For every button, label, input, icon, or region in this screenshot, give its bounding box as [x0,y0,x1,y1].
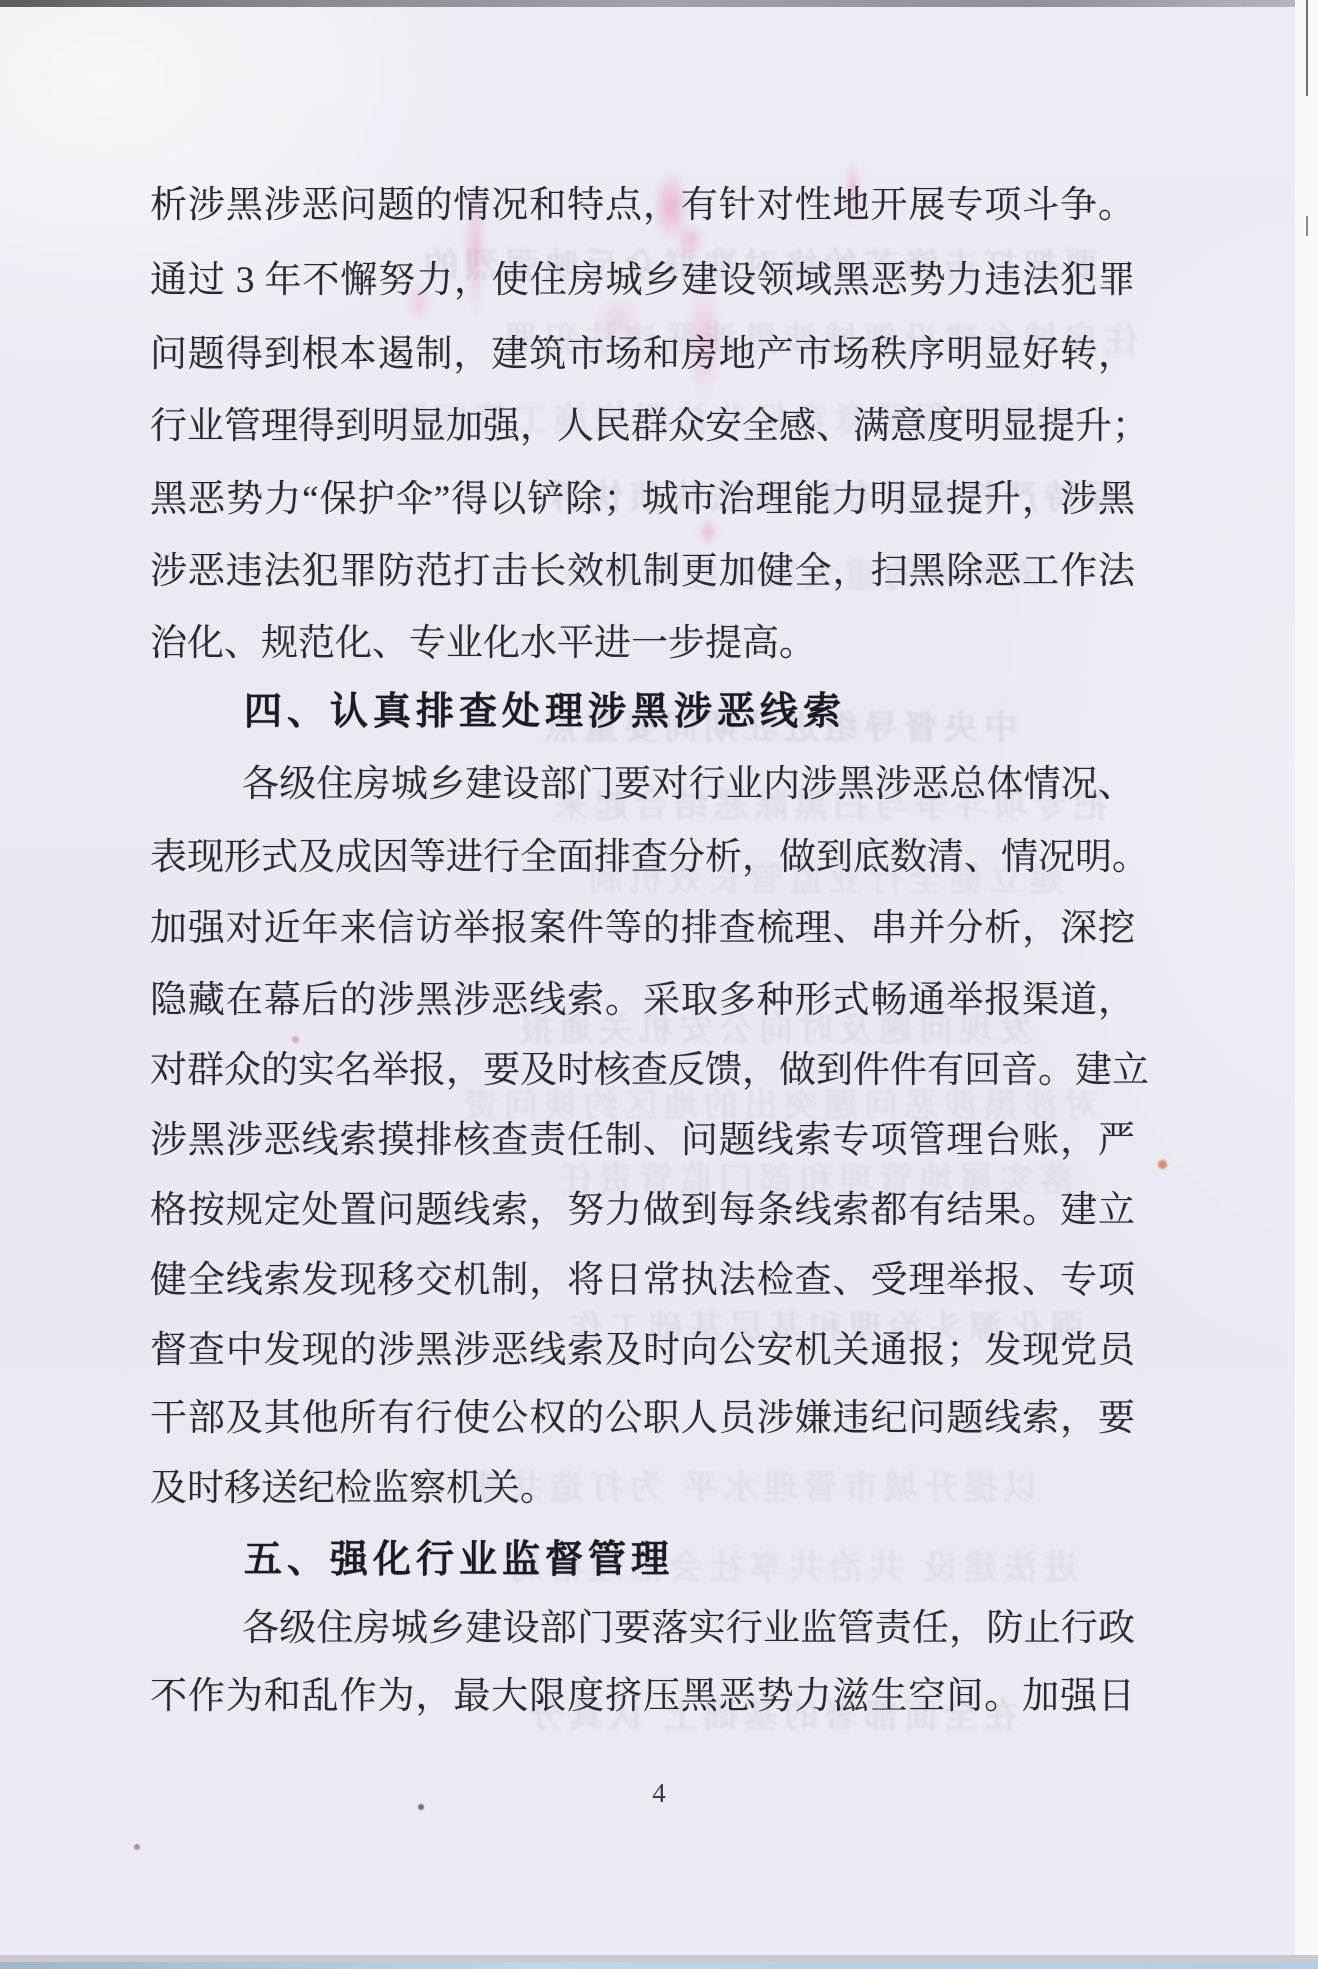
text-line: 黑恶势力“保护伞”得以铲除；城市治理能力明显提升，涉黑 [150,477,1135,523]
text-line: 行业管理得到明显加强，人民群众安全感、满意度明显提升； [150,404,1135,450]
scan-edge-bottom [0,1955,1318,1962]
scan-edge-bottom-blue [0,1962,1318,1969]
scan-edge-right [1295,0,1318,1969]
text-line: 各级住房城乡建设部门要对行业内涉黑涉恶总体情况、 [150,762,1135,808]
text-line: 督查中发现的涉黑涉恶线索及时向公安机关通报；发现党员 [150,1328,1135,1374]
text-line: 及时移送纪检监察机关。 [150,1466,1135,1512]
text-line: 各级住房城乡建设部门要落实行业监管责任，防止行政 [150,1606,1135,1652]
text-line: 健全线索发现移交机制，将日常执法检查、受理举报、专项 [150,1258,1135,1304]
ink-speck [134,1844,140,1850]
page-number: 4 [0,1778,1318,1809]
section-heading-4: 四、认真排查处理涉黑涉恶线索 [244,688,846,736]
scan-edge-right-line [1306,0,1308,96]
body-text-column: 析涉黑涉恶问题的情况和特点，有针对性地开展专项斗争。 通过 3 年不懈努力，使住… [150,0,1135,1969]
text-line: 涉黑涉恶线索摸排核查责任制、问题线索专项管理台账，严 [150,1118,1135,1164]
text-line: 干部及其他所有行使公权的公职人员涉嫌违纪问题线索，要 [150,1396,1135,1442]
scan-edge-right-dash [1306,216,1308,236]
section-heading-5: 五、强化行业监督管理 [244,1536,674,1584]
text-line: 涉恶违法犯罪防范打击长效机制更加健全，扫黑除恶工作法 [150,549,1135,595]
text-line: 析涉黑涉恶问题的情况和特点，有针对性地开展专项斗争。 [150,183,1135,229]
text-line: 问题得到根本遏制，建筑市场和房地产市场秩序明显好转， [150,332,1135,378]
scanned-document-page: 要把打击锋芒始终对准群众反映强烈的 住房城乡建设领域涉黑涉恶违法犯罪 强揽工程恶… [0,0,1318,1969]
text-line: 通过 3 年不懈努力，使住房城乡建设领域黑恶势力违法犯罪 [150,258,1135,304]
text-line: 加强对近年来信访举报案件等的排查梳理、串并分析，深挖 [150,906,1135,952]
text-line: 治化、规范化、专业化水平进一步提高。 [150,621,1135,667]
scan-edge-top [0,0,1318,7]
text-line: 表现形式及成因等进行全面排查分析，做到底数清、情况明。 [150,835,1135,881]
text-line: 对群众的实名举报，要及时核查反馈，做到件件有回音。建立 [150,1048,1135,1094]
text-line: 不作为和乱作为，最大限度挤压黑恶势力滋生空间。加强日 [150,1674,1135,1720]
ink-speck [1158,1160,1167,1169]
text-line: 格按规定处置问题线索，努力做到每条线索都有结果。建立 [150,1188,1135,1234]
text-line: 隐藏在幕后的涉黑涉恶线索。采取多种形式畅通举报渠道， [150,978,1135,1024]
